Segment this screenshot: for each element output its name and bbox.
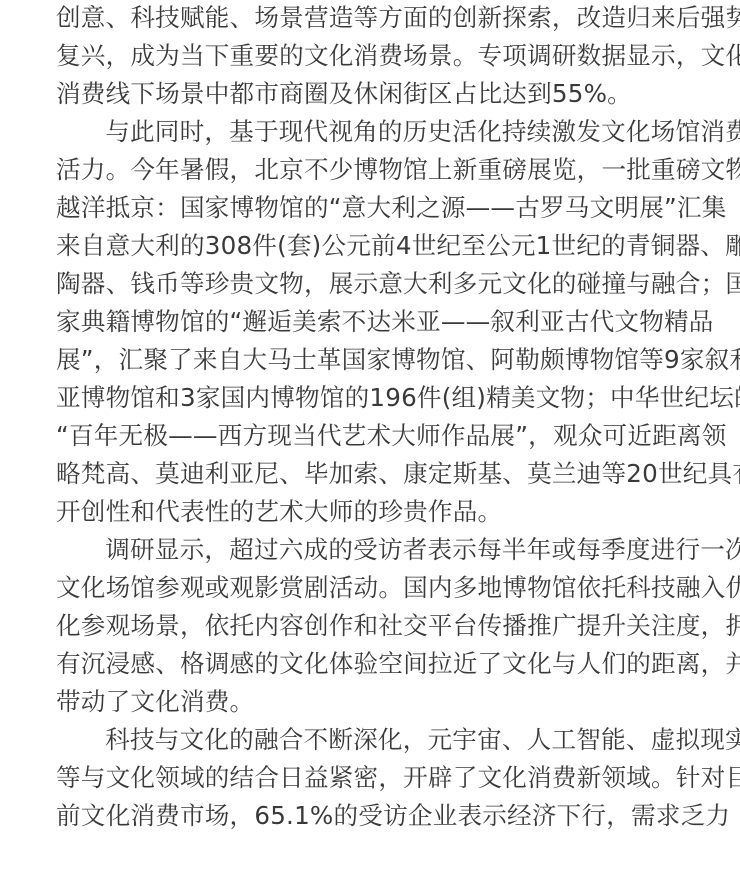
text-line: 科技与文化的融合不断深化，元宇宙、人工智能、虚拟现实: [56, 721, 688, 759]
text-line: 创意、科技赋能、场景营造等方面的创新探索，改造归来后强势: [56, 0, 688, 37]
text-line: 调研显示，超过六成的受访者表示每半年或每季度进行一次: [56, 531, 688, 569]
text-line: 家典籍博物馆的“邂逅美索不达米亚——叙利亚古代文物精品: [56, 303, 688, 341]
text-line: 陶器、钱币等珍贵文物，展示意大利多元文化的碰撞与融合；国: [56, 265, 688, 303]
text-line: 与此同时，基于现代视角的历史活化持续激发文化场馆消费: [56, 113, 688, 151]
paragraph-museum-exhibitions: 与此同时，基于现代视角的历史活化持续激发文化场馆消费 活力。今年暑假，北京不少博…: [56, 113, 688, 531]
text-line: 活力。今年暑假，北京不少博物馆上新重磅展览，一批重磅文物: [56, 151, 688, 189]
text-line: 等与文化领域的结合日益紧密，开辟了文化消费新领域。针对目: [56, 759, 688, 797]
text-line: 来自意大利的308件(套)公元前4世纪至公元1世纪的青铜器、雕塑、: [56, 227, 688, 265]
text-line: 亚博物馆和3家国内博物馆的196件(组)精美文物；中华世纪坛的: [56, 379, 688, 417]
text-line: 有沉浸感、格调感的文化体验空间拉近了文化与人们的距离，并: [56, 645, 688, 683]
text-line: 略梵高、莫迪利亚尼、毕加索、康定斯基、莫兰迪等20世纪具有: [56, 455, 688, 493]
text-line: 开创性和代表性的艺术大师的珍贵作品。: [56, 493, 688, 531]
paragraph-tech-culture-fusion: 科技与文化的融合不断深化，元宇宙、人工智能、虚拟现实 等与文化领域的结合日益紧密…: [56, 721, 688, 835]
text-line: 文化场馆参观或观影赏剧活动。国内多地博物馆依托科技融入优: [56, 569, 688, 607]
text-line: 化参观场景，依托内容创作和社交平台传播推广提升关注度，拥: [56, 607, 688, 645]
text-line: 展”，汇聚了来自大马士革国家博物馆、阿勒颇博物馆等9家叙利: [56, 341, 688, 379]
text-line: 带动了文化消费。: [56, 683, 688, 721]
text-line: 前文化消费市场，65.1%的受访企业表示经济下行，需求乏力: [56, 797, 688, 835]
text-line: 越洋抵京：国家博物馆的“意大利之源——古罗马文明展”汇集: [56, 189, 688, 227]
text-line: 复兴，成为当下重要的文化消费场景。专项调研数据显示，文化: [56, 37, 688, 75]
paragraph-cultural-consumption-scenes: 创意、科技赋能、场景营造等方面的创新探索，改造归来后强势 复兴，成为当下重要的文…: [56, 0, 688, 113]
text-line: “百年无极——西方现当代艺术大师作品展”，观众可近距离领: [56, 417, 688, 455]
paragraph-survey-results: 调研显示，超过六成的受访者表示每半年或每季度进行一次 文化场馆参观或观影赏剧活动…: [56, 531, 688, 721]
article-body: 创意、科技赋能、场景营造等方面的创新探索，改造归来后强势 复兴，成为当下重要的文…: [56, 0, 688, 835]
text-line: 消费线下场景中都市商圈及休闲街区占比达到55%。: [56, 75, 688, 113]
